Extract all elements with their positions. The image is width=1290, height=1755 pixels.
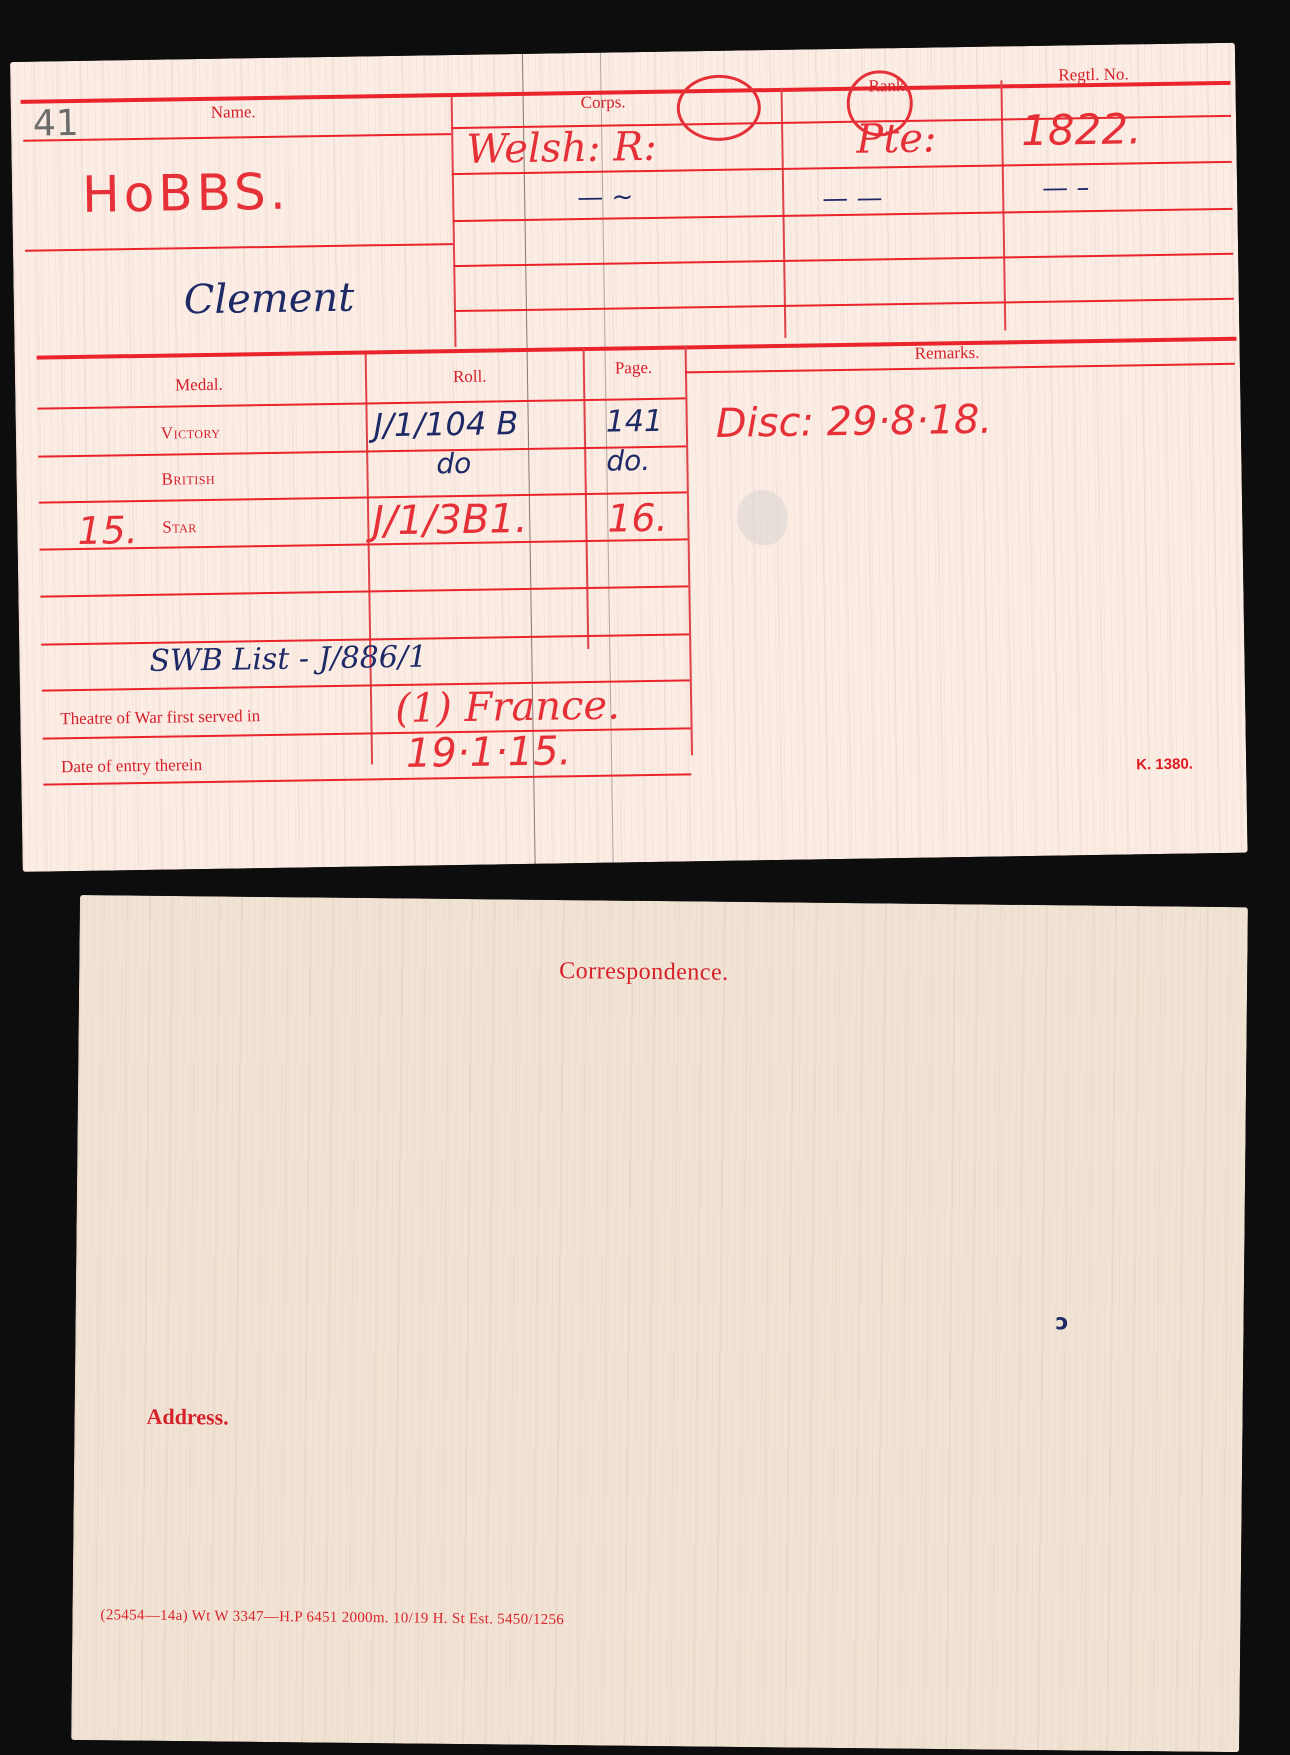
rank-ditto-dash: — — bbox=[822, 183, 883, 214]
address-label: Address. bbox=[146, 1404, 228, 1431]
medal-section-top-rule bbox=[37, 337, 1237, 360]
entry-date-value: 19·1·15. bbox=[406, 728, 572, 777]
regt-no-value: 1822. bbox=[1021, 104, 1142, 155]
roll-header: Roll. bbox=[453, 367, 487, 388]
page-value: 16. bbox=[607, 496, 668, 541]
medal-card-back: Correspondence. Address. ↄ (25454—14a) W… bbox=[71, 895, 1248, 1752]
medal-row-british: British do do. bbox=[10, 43, 1235, 62]
surname: HoBBS. bbox=[82, 163, 290, 224]
medal-row-rule bbox=[37, 397, 685, 409]
medal-row-star: 15. Star J/1/3B1. 16. bbox=[10, 43, 1235, 62]
medal-row-rule bbox=[43, 727, 691, 739]
medal-row-rule bbox=[39, 491, 687, 503]
medal-row-rule bbox=[40, 585, 688, 597]
entry-date-label: Date of entry therein bbox=[61, 755, 202, 777]
roll-column-divider bbox=[365, 354, 373, 764]
star-prefix: 15. bbox=[77, 508, 138, 553]
medal-card-front: Name. Corps. Rank. Regtl. No. 41 HoBBS. … bbox=[10, 43, 1248, 872]
roll-value: J/1/3B1. bbox=[372, 496, 528, 544]
forename: Clement bbox=[183, 275, 354, 324]
remarks-rule bbox=[685, 363, 1235, 373]
medal-name: British bbox=[161, 469, 215, 490]
medal-row-rule bbox=[38, 445, 686, 457]
page-value: do. bbox=[606, 444, 650, 478]
faint-stamp-mark bbox=[737, 490, 788, 546]
page-column-divider bbox=[583, 349, 589, 649]
corps-value: Welsh: R: bbox=[466, 124, 657, 173]
entry-rule bbox=[453, 253, 1233, 267]
roll-value: J/1/104 B bbox=[373, 404, 518, 444]
page-header: Page. bbox=[615, 358, 653, 379]
name-label: Name. bbox=[211, 102, 256, 123]
entry-rule bbox=[454, 298, 1234, 312]
corps-label: Corps. bbox=[581, 92, 626, 113]
regt-no-label: Regtl. No. bbox=[1058, 64, 1129, 85]
page-value: 141 bbox=[605, 404, 663, 440]
corps-ditto-dash: — ~ bbox=[577, 182, 634, 213]
name-rule bbox=[23, 133, 451, 141]
remarks-header: Remarks. bbox=[915, 343, 980, 364]
correspondence-label: Correspondence. bbox=[559, 958, 729, 987]
theatre-label: Theatre of War first served in bbox=[60, 706, 260, 729]
circle-mark-corps bbox=[676, 74, 761, 141]
ink-mark: ↄ bbox=[1055, 1310, 1068, 1335]
medal-name: Victory bbox=[161, 423, 221, 444]
name-rule bbox=[25, 243, 453, 251]
list-note: SWB List - J/886/1 bbox=[149, 640, 427, 679]
form-number: K. 1380. bbox=[1136, 756, 1193, 774]
regt-ditto-dash: — – bbox=[1042, 173, 1090, 204]
theatre-value: (1) France. bbox=[395, 683, 620, 733]
medal-row-victory: Victory J/1/104 B 141 bbox=[10, 43, 1235, 62]
printer-imprint: (25454—14a) Wt W 3347—H.P 6451 2000m. 10… bbox=[100, 1607, 564, 1629]
medal-header: Medal. bbox=[175, 375, 223, 396]
rank-column-divider bbox=[781, 88, 786, 338]
pencil-note: 41 bbox=[33, 103, 79, 145]
roll-value: do bbox=[436, 447, 471, 481]
remarks-column-divider bbox=[685, 345, 693, 755]
medal-name: Star bbox=[162, 517, 197, 538]
remarks-value: Disc: 29·8·18. bbox=[715, 397, 992, 447]
